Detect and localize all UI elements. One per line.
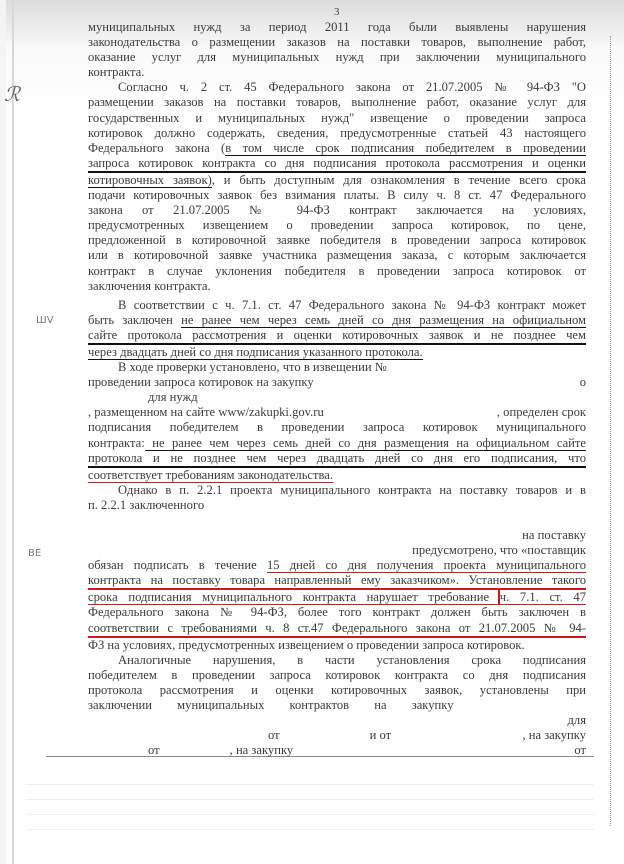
red-underlined-text-line: контракта на поставку товара направленны… xyxy=(88,573,586,590)
page-number: 3 xyxy=(334,6,340,18)
paragraph-6: Аналогичные нарушения, в части установле… xyxy=(88,653,586,759)
text-line: контракт в случае уклонения победителя в… xyxy=(88,264,586,279)
text-line: обязан подписать в течение 15 дней со дн… xyxy=(88,558,586,573)
text-line: , размещенном на сайте www/zakupki.gov.r… xyxy=(88,405,586,420)
text-fragment: контракта: xyxy=(88,436,145,450)
underlined-text: не ранее чем через семь дней со дня разм… xyxy=(181,313,586,328)
text-fragment: от xyxy=(574,743,586,758)
paragraph-3: В соответствии с ч. 7.1. ст. 47 Федераль… xyxy=(88,298,586,360)
text-line: заключения контракта. xyxy=(88,279,586,294)
text-line: соответствует требованиям законодательст… xyxy=(88,468,586,483)
text-line: ФЗ на условиях, предусмотренных извещени… xyxy=(88,638,586,653)
text-line: оти от, на закупку xyxy=(88,728,586,743)
page-left-edge xyxy=(12,0,14,864)
underlined-text: в том числе срок подписания победителем … xyxy=(225,141,586,156)
text-line: предложенной в котировочной заявке побед… xyxy=(88,233,586,248)
text-line: законодательства о размещении заказов на… xyxy=(88,35,586,50)
text-line: подписания победителем в проведении запр… xyxy=(88,420,586,435)
red-boxed-text: ч. 7.1. ст. 47 xyxy=(500,590,586,604)
text-fragment: от xyxy=(88,728,280,742)
redacted-line xyxy=(88,513,586,528)
text-line: на поставку xyxy=(88,528,586,543)
faint-scan-lines xyxy=(26,770,594,840)
text-line: п. 2.2.1 заключенного xyxy=(88,498,586,513)
text-fragment: быть заключен xyxy=(88,313,181,327)
text-fragment: и от xyxy=(280,728,392,742)
text-line: котировочных заявок), и быть доступным д… xyxy=(88,173,586,188)
red-underlined-text: 15 дней со дня получения проекта муницип… xyxy=(267,558,586,573)
text-line: размещении заказов на поставки товаров, … xyxy=(88,95,586,110)
text-line: В соответствии с ч. 7.1. ст. 47 Федераль… xyxy=(88,298,586,313)
text-line: Однако в п. 2.2.1 проекта муниципального… xyxy=(88,483,586,498)
text-line: Согласно ч. 2 ст. 45 Федерального закона… xyxy=(88,80,586,95)
page-right-edge-artifact xyxy=(610,36,612,826)
paragraph-2: Согласно ч. 2 ст. 45 Федерального закона… xyxy=(88,80,586,293)
text-line: Федерального закона (в том числе срок по… xyxy=(88,141,586,156)
underlined-text: через двадцать дней со дня подписания ук… xyxy=(88,345,423,360)
text-line: через двадцать дней со дня подписания ук… xyxy=(88,345,586,360)
margin-stamp-1: ШV xyxy=(36,315,54,326)
text-fragment: , размещенном на сайте www/zakupki.gov.r… xyxy=(88,405,324,419)
text-fragment: от xyxy=(88,743,160,757)
text-line: муниципальных нужд за период 2011 года б… xyxy=(88,20,586,35)
text-line: быть заключен не ранее чем через семь дн… xyxy=(88,313,586,328)
red-underlined-text: соответствует требованиям законодательст… xyxy=(88,468,333,483)
paragraph-1: муниципальных нужд за период 2011 года б… xyxy=(88,20,586,80)
underlined-text: не ранее чем через семь дней со дня разм… xyxy=(145,436,586,451)
text-fragment: , определен срок xyxy=(497,405,586,420)
underlined-text-line: сайте протокола рассмотрения и оценки ко… xyxy=(88,328,586,345)
underlined-text-line: запроса котировок контракта со дня подпи… xyxy=(88,156,586,173)
text-line: Аналогичные нарушения, в части установле… xyxy=(88,653,586,668)
text-line: срока подписания муниципального контракт… xyxy=(88,590,586,605)
text-line: Федерального закона № 94-ФЗ, более того … xyxy=(88,605,586,620)
red-underlined-text: срока подписания муниципального контракт… xyxy=(88,590,500,605)
text-line: проведении запроса котировок на закупкуо xyxy=(88,375,586,390)
text-line: государственных и муниципальных нужд" из… xyxy=(88,111,586,126)
text-line: для xyxy=(88,713,586,728)
text-line: для нужд xyxy=(88,390,586,405)
text-line: предусмотренных извещением о проведении … xyxy=(88,218,586,233)
handwritten-initial-mark: ℛ xyxy=(4,82,20,106)
margin-stamp-2: ВЕ xyxy=(28,548,41,559)
text-line: протокола рассмотрения и оценки котирово… xyxy=(88,683,586,698)
text-line: контракта. xyxy=(88,65,586,80)
text-line: закона от 21.07.2005 № 94-ФЗ контракт за… xyxy=(88,203,586,218)
text-line: предусмотрено, что «поставщик xyxy=(88,543,586,558)
underlined-text: котировочных заявок) xyxy=(88,173,212,188)
text-line: контракта: не ранее чем через семь дней … xyxy=(88,436,586,451)
text-line: подачи котировочных заявок без взимания … xyxy=(88,188,586,203)
paragraph-5: Однако в п. 2.2.1 проекта муниципального… xyxy=(88,483,586,653)
text-fragment: проведении запроса котировок на закупку xyxy=(88,375,314,389)
text-line: В ходе проверки установлено, что в извещ… xyxy=(88,360,586,375)
text-line: победителем в проведении запроса котиров… xyxy=(88,668,586,683)
paragraph-4: В ходе проверки установлено, что в извещ… xyxy=(88,360,586,483)
red-underlined-text-line: соответствии с требованиями ч. 8 ст.47 Ф… xyxy=(88,621,586,638)
text-fragment: , и быть доступным для ознакомления в те… xyxy=(212,173,586,187)
text-fragment: Федерального закона ( xyxy=(88,141,225,155)
text-fragment: , на закупку xyxy=(160,743,294,757)
underlined-text-line: протокола и не позднее чем через двадцат… xyxy=(88,451,586,468)
text-fragment: , на закупку xyxy=(522,728,586,743)
document-body: муниципальных нужд за период 2011 года б… xyxy=(88,20,586,758)
text-line: котировок должно содержать, сведения, пр… xyxy=(88,126,586,141)
text-line: заключении муниципальных контрактов на з… xyxy=(88,698,586,713)
text-fragment: обязан подписать в течение xyxy=(88,558,267,572)
text-line: оказание услуг для муниципальных нужд пр… xyxy=(88,50,586,65)
text-line: или в котировочной заявке участника разм… xyxy=(88,248,586,263)
text-line: от, на закупкуот xyxy=(88,743,586,758)
